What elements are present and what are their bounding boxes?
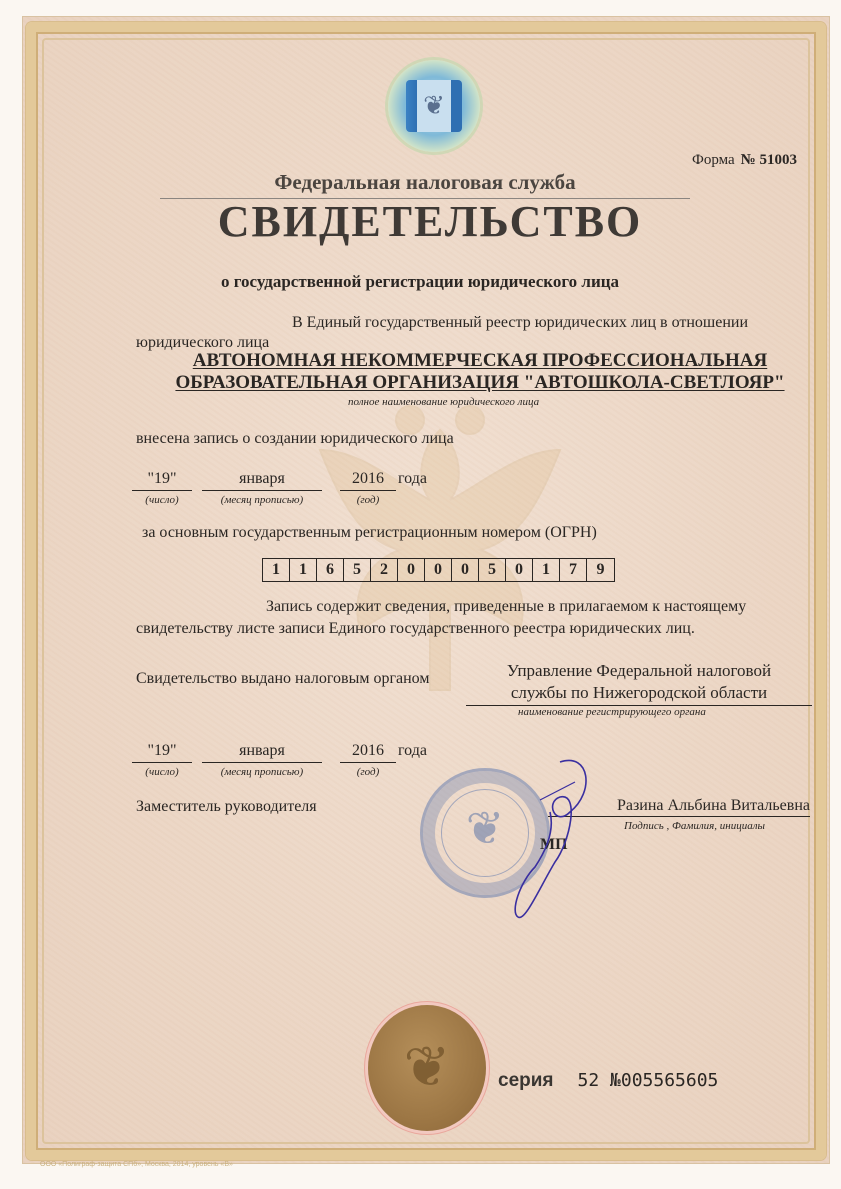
signatory-position: Заместитель руководителя [136, 798, 317, 816]
record-line-1: Запись содержит сведения, приведенные в … [266, 598, 746, 616]
ogrn-digit: 0 [425, 559, 452, 581]
issuer-label: Свидетельство выдано налоговым органом [136, 670, 429, 688]
ogrn-digit: 2 [371, 559, 398, 581]
hologram-emblem: ❦ [388, 60, 480, 152]
year-caption: (год) [340, 766, 396, 778]
ogrn-digit: 1 [263, 559, 290, 581]
creation-year: 2016 [340, 470, 396, 491]
organization-name: АВТОНОМНАЯ НЕКОММЕРЧЕСКАЯ ПРОФЕССИОНАЛЬН… [130, 350, 830, 394]
organization-caption: полное наименование юридического лица [348, 396, 539, 408]
series-value: 52 №005565605 [578, 1070, 719, 1091]
eagle-icon: ❦ [423, 801, 547, 855]
creation-day: "19" [132, 470, 192, 491]
document-subtitle: о государственной регистрации юридическо… [140, 272, 700, 292]
agency-name: Федеральная налоговая служба [160, 170, 690, 199]
authority-caption: наименование регистрирующего органа [518, 706, 706, 718]
series-label: серия [498, 1070, 554, 1091]
ogrn-digit: 0 [398, 559, 425, 581]
creation-year-suffix: года [398, 470, 427, 488]
month-caption: (месяц прописью) [202, 766, 322, 778]
official-stamp: ❦ [420, 768, 550, 898]
printer-imprint: ООО «Полиграф-защита СПб», Москва, 2014,… [40, 1161, 233, 1168]
day-caption: (число) [132, 766, 192, 778]
ogrn-number: 1165200050179 [262, 558, 615, 582]
issue-month: января [202, 742, 322, 763]
ogrn-digit: 6 [317, 559, 344, 581]
day-caption: (число) [132, 494, 192, 506]
gold-emblem-seal: ❦ [368, 1005, 486, 1131]
issue-year: 2016 [340, 742, 396, 763]
month-caption: (месяц прописью) [202, 494, 322, 506]
form-number: Форма№ 51003 [692, 152, 797, 169]
ogrn-digit: 7 [560, 559, 587, 581]
ogrn-digit: 0 [452, 559, 479, 581]
intro-line-1: В Единый государственный реестр юридичес… [292, 314, 748, 332]
ogrn-digit: 9 [587, 559, 614, 581]
ogrn-digit: 1 [290, 559, 317, 581]
organization-name-line-2: ОБРАЗОВАТЕЛЬНАЯ ОРГАНИЗАЦИЯ "АВТОШКОЛА-С… [130, 372, 830, 394]
creation-text: внесена запись о создании юридического л… [136, 430, 454, 448]
eagle-icon: ❦ [420, 88, 448, 124]
signature-caption: Подпись , Фамилия, инициалы [624, 820, 765, 832]
ogrn-digit: 5 [479, 559, 506, 581]
series-number: серия52 №005565605 [498, 1070, 718, 1092]
issue-year-suffix: года [398, 742, 427, 760]
document-page: ❦ Форма№ 51003 Федеральная налоговая слу… [0, 0, 841, 1189]
document-title: СВИДЕТЕЛЬСТВО [140, 196, 720, 247]
ogrn-label: за основным государственным регистрацион… [142, 524, 597, 542]
organization-name-line-1: АВТОНОМНАЯ НЕКОММЕРЧЕСКАЯ ПРОФЕССИОНАЛЬН… [130, 350, 830, 372]
authority-line-2: службы по Нижегородской области [466, 682, 812, 704]
creation-month: января [202, 470, 322, 491]
eagle-icon: ❦ [368, 1035, 486, 1100]
creation-date: "19" января 2016 года (число) (месяц про… [132, 470, 532, 510]
authority-line-1: Управление Федеральной налоговой [466, 660, 812, 682]
stamp-mark: МП [540, 836, 568, 854]
issue-day: "19" [132, 742, 192, 763]
year-caption: (год) [340, 494, 396, 506]
issuing-authority: Управление Федеральной налоговой службы … [466, 660, 812, 706]
signatory-name: Разина Альбина Витальевна [548, 797, 810, 817]
ogrn-digit: 0 [506, 559, 533, 581]
ogrn-digit: 5 [344, 559, 371, 581]
record-line-2: свидетельству листе записи Единого госуд… [136, 620, 695, 638]
ogrn-digit: 1 [533, 559, 560, 581]
